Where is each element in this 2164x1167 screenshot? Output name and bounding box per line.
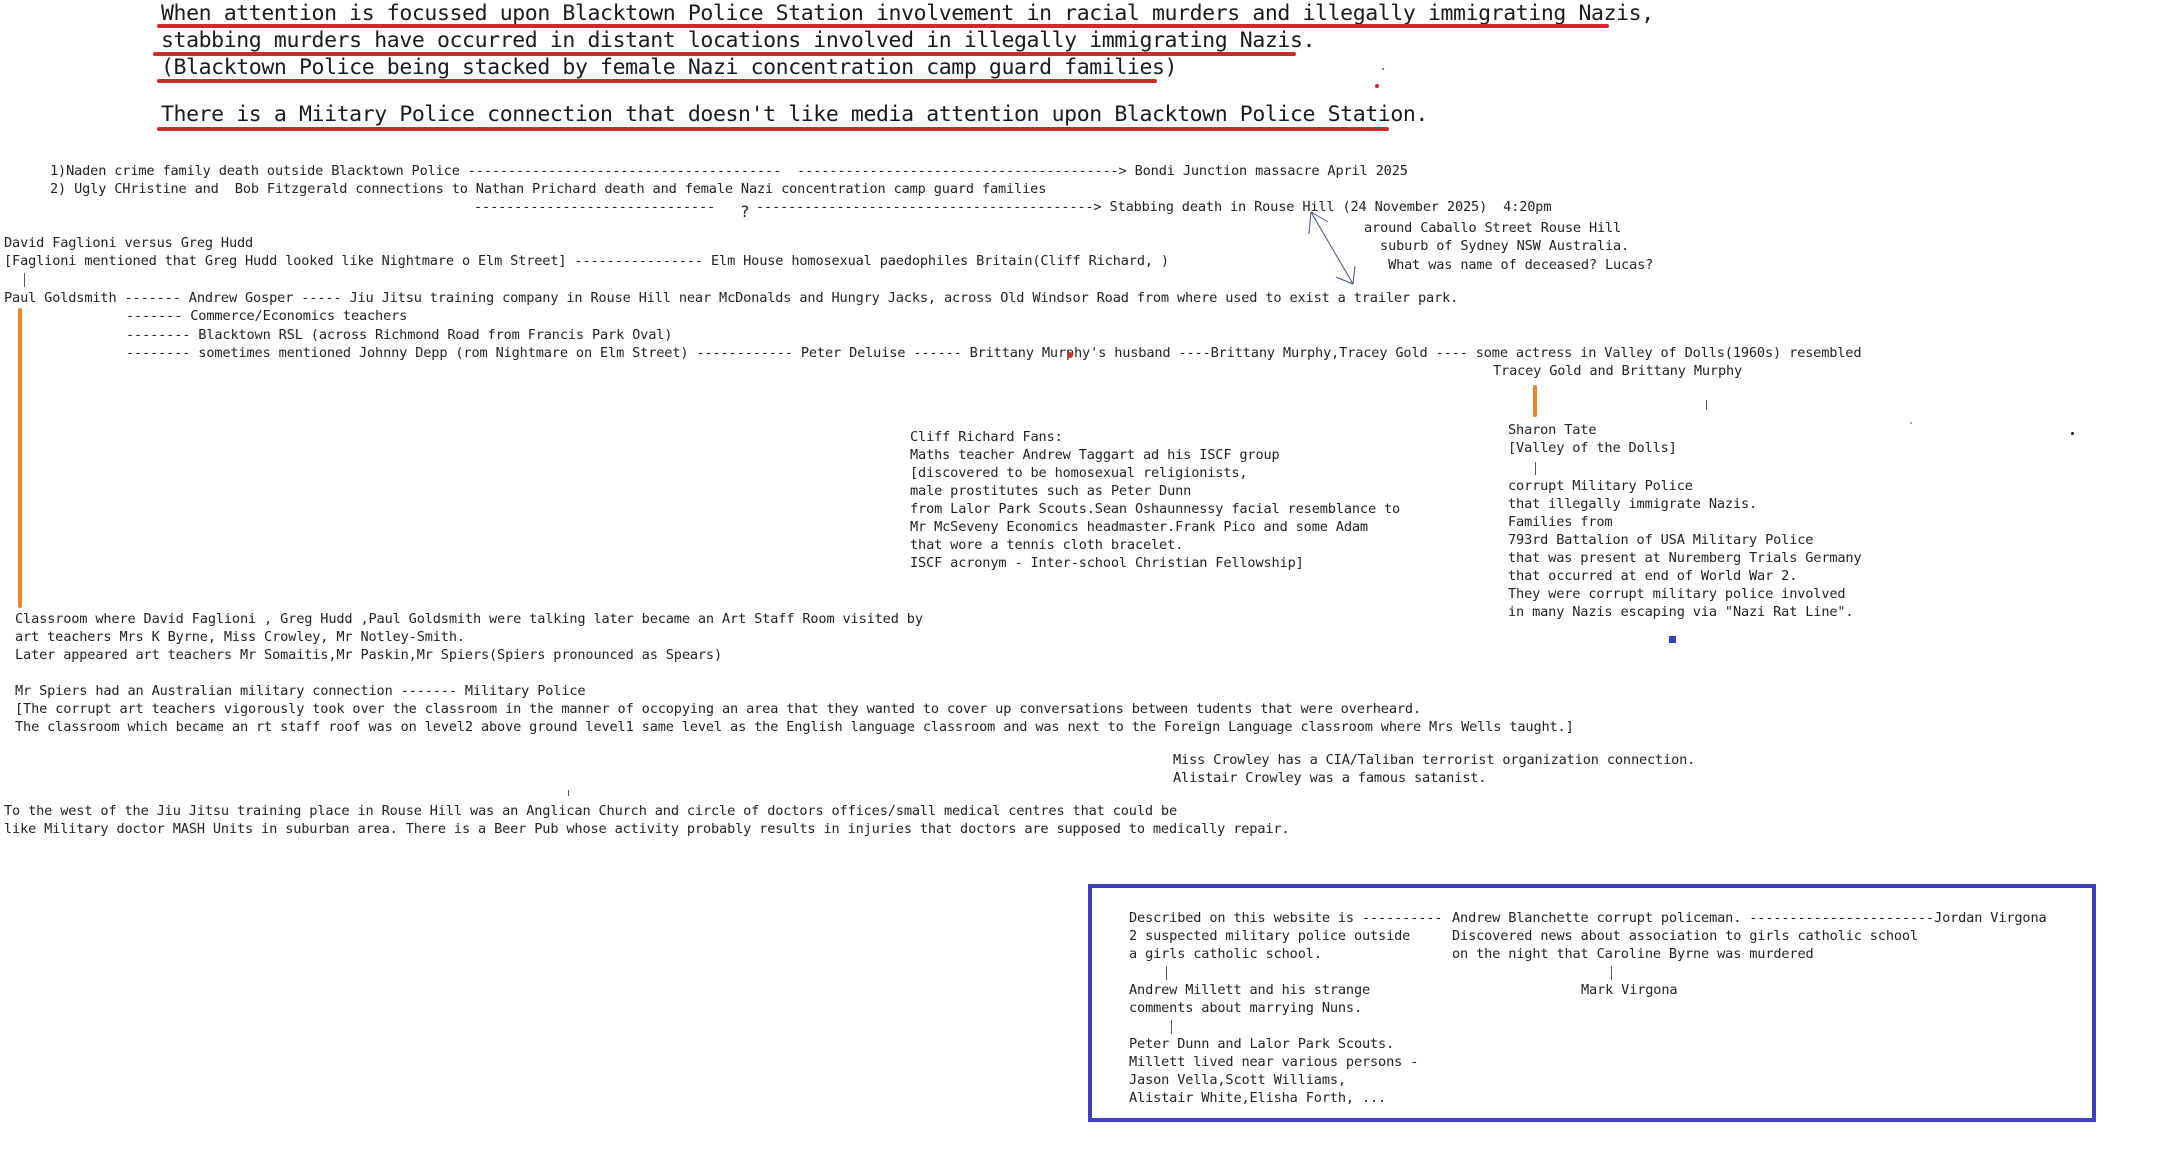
crowley-line: Miss Crowley has a CIA/Taliban terrorist… <box>1173 751 1695 769</box>
sharon-line: that occurred at end of World War 2. <box>1508 567 1797 585</box>
connector-line <box>1166 966 1167 980</box>
box-col2-line: Discovered news about association to gir… <box>1452 927 1918 945</box>
classroom-line: Classroom where David Faglioni , Greg Hu… <box>15 610 923 628</box>
classroom-line: art teachers Mrs K Byrne, Miss Crowley, … <box>15 628 465 646</box>
goldsmith-line-4: -------- sometimes mentioned Johnny Depp… <box>126 344 1861 362</box>
box-col1c-line: Millett lived near various persons - <box>1129 1053 1418 1071</box>
headline-underline-4 <box>157 127 1389 131</box>
location-note-3: What was name of deceased? Lucas? <box>1372 256 1653 274</box>
headline-line-3: (Blacktown Police being stacked by femal… <box>161 55 1177 81</box>
box-col2b-line: Mark Virgona <box>1581 981 1677 999</box>
crowley-line: Alistair Crowley was a famous satanist. <box>1173 769 1486 787</box>
goldsmith-line-1: Paul Goldsmith ------- Andrew Gosper ---… <box>4 289 1458 307</box>
box-col1b-line: comments about marrying Nuns. <box>1129 999 1362 1017</box>
sharon-line: in many Nazis escaping via "Nazi Rat Lin… <box>1508 603 1853 621</box>
connector-line <box>1611 966 1612 980</box>
box-col2-line: on the night that Caroline Byrne was mur… <box>1452 945 1814 963</box>
box-col1-line: 2 suspected military police outside <box>1129 927 1410 945</box>
stray-dot <box>2071 432 2074 435</box>
timeline-question-mark: ? <box>740 203 749 221</box>
cliff-line: male prostitutes such as Peter Dunn <box>910 482 1191 500</box>
sharon-line: 793rd Battalion of USA Military Police <box>1508 531 1813 549</box>
cliff-line: [discovered to be homosexual religionist… <box>910 464 1247 482</box>
cliff-line: Maths teacher Andrew Taggart ad his ISCF… <box>910 446 1280 464</box>
goldsmith-line-5: Tracey Gold and Brittany Murphy <box>1493 362 1742 380</box>
connector-line <box>24 273 25 287</box>
sharon-line: [Valley of the Dolls] <box>1508 439 1677 457</box>
sharon-line: corrupt Military Police <box>1508 477 1693 495</box>
goldsmith-line-3: -------- Blacktown RSL (across Richmond … <box>126 326 672 344</box>
classroom-line: Later appeared art teachers Mr Somaitis,… <box>15 646 722 664</box>
timeline-item-3: ----------------------------------------… <box>756 198 1551 216</box>
faglioni-line: [Faglioni mentioned that Greg Hudd looke… <box>4 252 1169 270</box>
sharon-line: Sharon Tate <box>1508 421 1596 439</box>
orange-connector-bar <box>18 308 22 608</box>
location-note-2: suburb of Sydney NSW Australia. <box>1372 237 1629 255</box>
goldsmith-line-2: ------- Commerce/Economics teachers <box>126 307 407 325</box>
box-col1-line: a girls catholic school. <box>1129 945 1322 963</box>
headline-line-4: There is a Miitary Police connection tha… <box>161 102 1428 128</box>
cliff-line: ISCF acronym - Inter-school Christian Fe… <box>910 554 1304 572</box>
west-line: To the west of the Jiu Jitsu training pl… <box>4 802 1177 820</box>
faglioni-title: David Faglioni versus Greg Hudd <box>4 234 253 252</box>
headline-underline-3 <box>157 79 1157 83</box>
cliff-line: Mr McSeveny Economics headmaster.Frank P… <box>910 518 1368 536</box>
box-col1c-line: Jason Vella,Scott Williams, <box>1129 1071 1346 1089</box>
sharon-line: that illegally immigrate Nazis. <box>1508 495 1757 513</box>
timeline-item-1: 1)Naden crime family death outside Black… <box>50 162 1408 180</box>
red-dot-mark <box>1067 352 1073 358</box>
connector-line <box>1171 1020 1172 1034</box>
sharon-line: that was present at Nuremberg Trials Ger… <box>1508 549 1862 567</box>
orange-connector-bar <box>1533 385 1537 417</box>
red-dot-mark <box>1375 84 1379 88</box>
box-col1-line: Described on this website is ---------- <box>1129 909 1442 927</box>
timeline-item-2: 2) Ugly CHristine and Bob Fitzgerald con… <box>50 180 1046 198</box>
connector-line <box>1706 400 1707 410</box>
west-line: like Military doctor MASH Units in subur… <box>4 820 1289 838</box>
box-col1b-line: Andrew Millett and his strange <box>1129 981 1370 999</box>
cliff-line: Cliff Richard Fans: <box>910 428 1063 446</box>
sharon-line: They were corrupt military police involv… <box>1508 585 1845 603</box>
spiers-line: The classroom which became an rt staff r… <box>15 718 1574 736</box>
blue-square-mark <box>1669 636 1676 643</box>
box-col1c-line: Alistair White,Elisha Forth, ... <box>1129 1089 1386 1107</box>
spiers-line: [The corrupt art teachers vigorously too… <box>15 700 1421 718</box>
cliff-line: from Lalor Park Scouts.Sean Oshaunnessy … <box>910 500 1400 518</box>
location-note-1: around Caballo Street Rouse Hill <box>1364 219 1621 237</box>
timeline-item-3-dashes: ------------------------------ <box>474 198 715 216</box>
headline-line-2: stabbing murders have occurred in distan… <box>161 28 1315 54</box>
stray-dot <box>1910 422 1912 424</box>
sharon-line: Families from <box>1508 513 1612 531</box>
cliff-line: that wore a tennis cloth bracelet. <box>910 536 1183 554</box>
connector-line <box>1535 462 1536 475</box>
spiers-line: Mr Spiers had an Australian military con… <box>15 682 585 700</box>
red-dot-mark-small <box>1382 68 1384 70</box>
stray-tick <box>568 790 569 796</box>
box-col1c-line: Peter Dunn and Lalor Park Scouts. <box>1129 1035 1394 1053</box>
box-col2-line: Andrew Blanchette corrupt policeman. ---… <box>1452 909 2047 927</box>
